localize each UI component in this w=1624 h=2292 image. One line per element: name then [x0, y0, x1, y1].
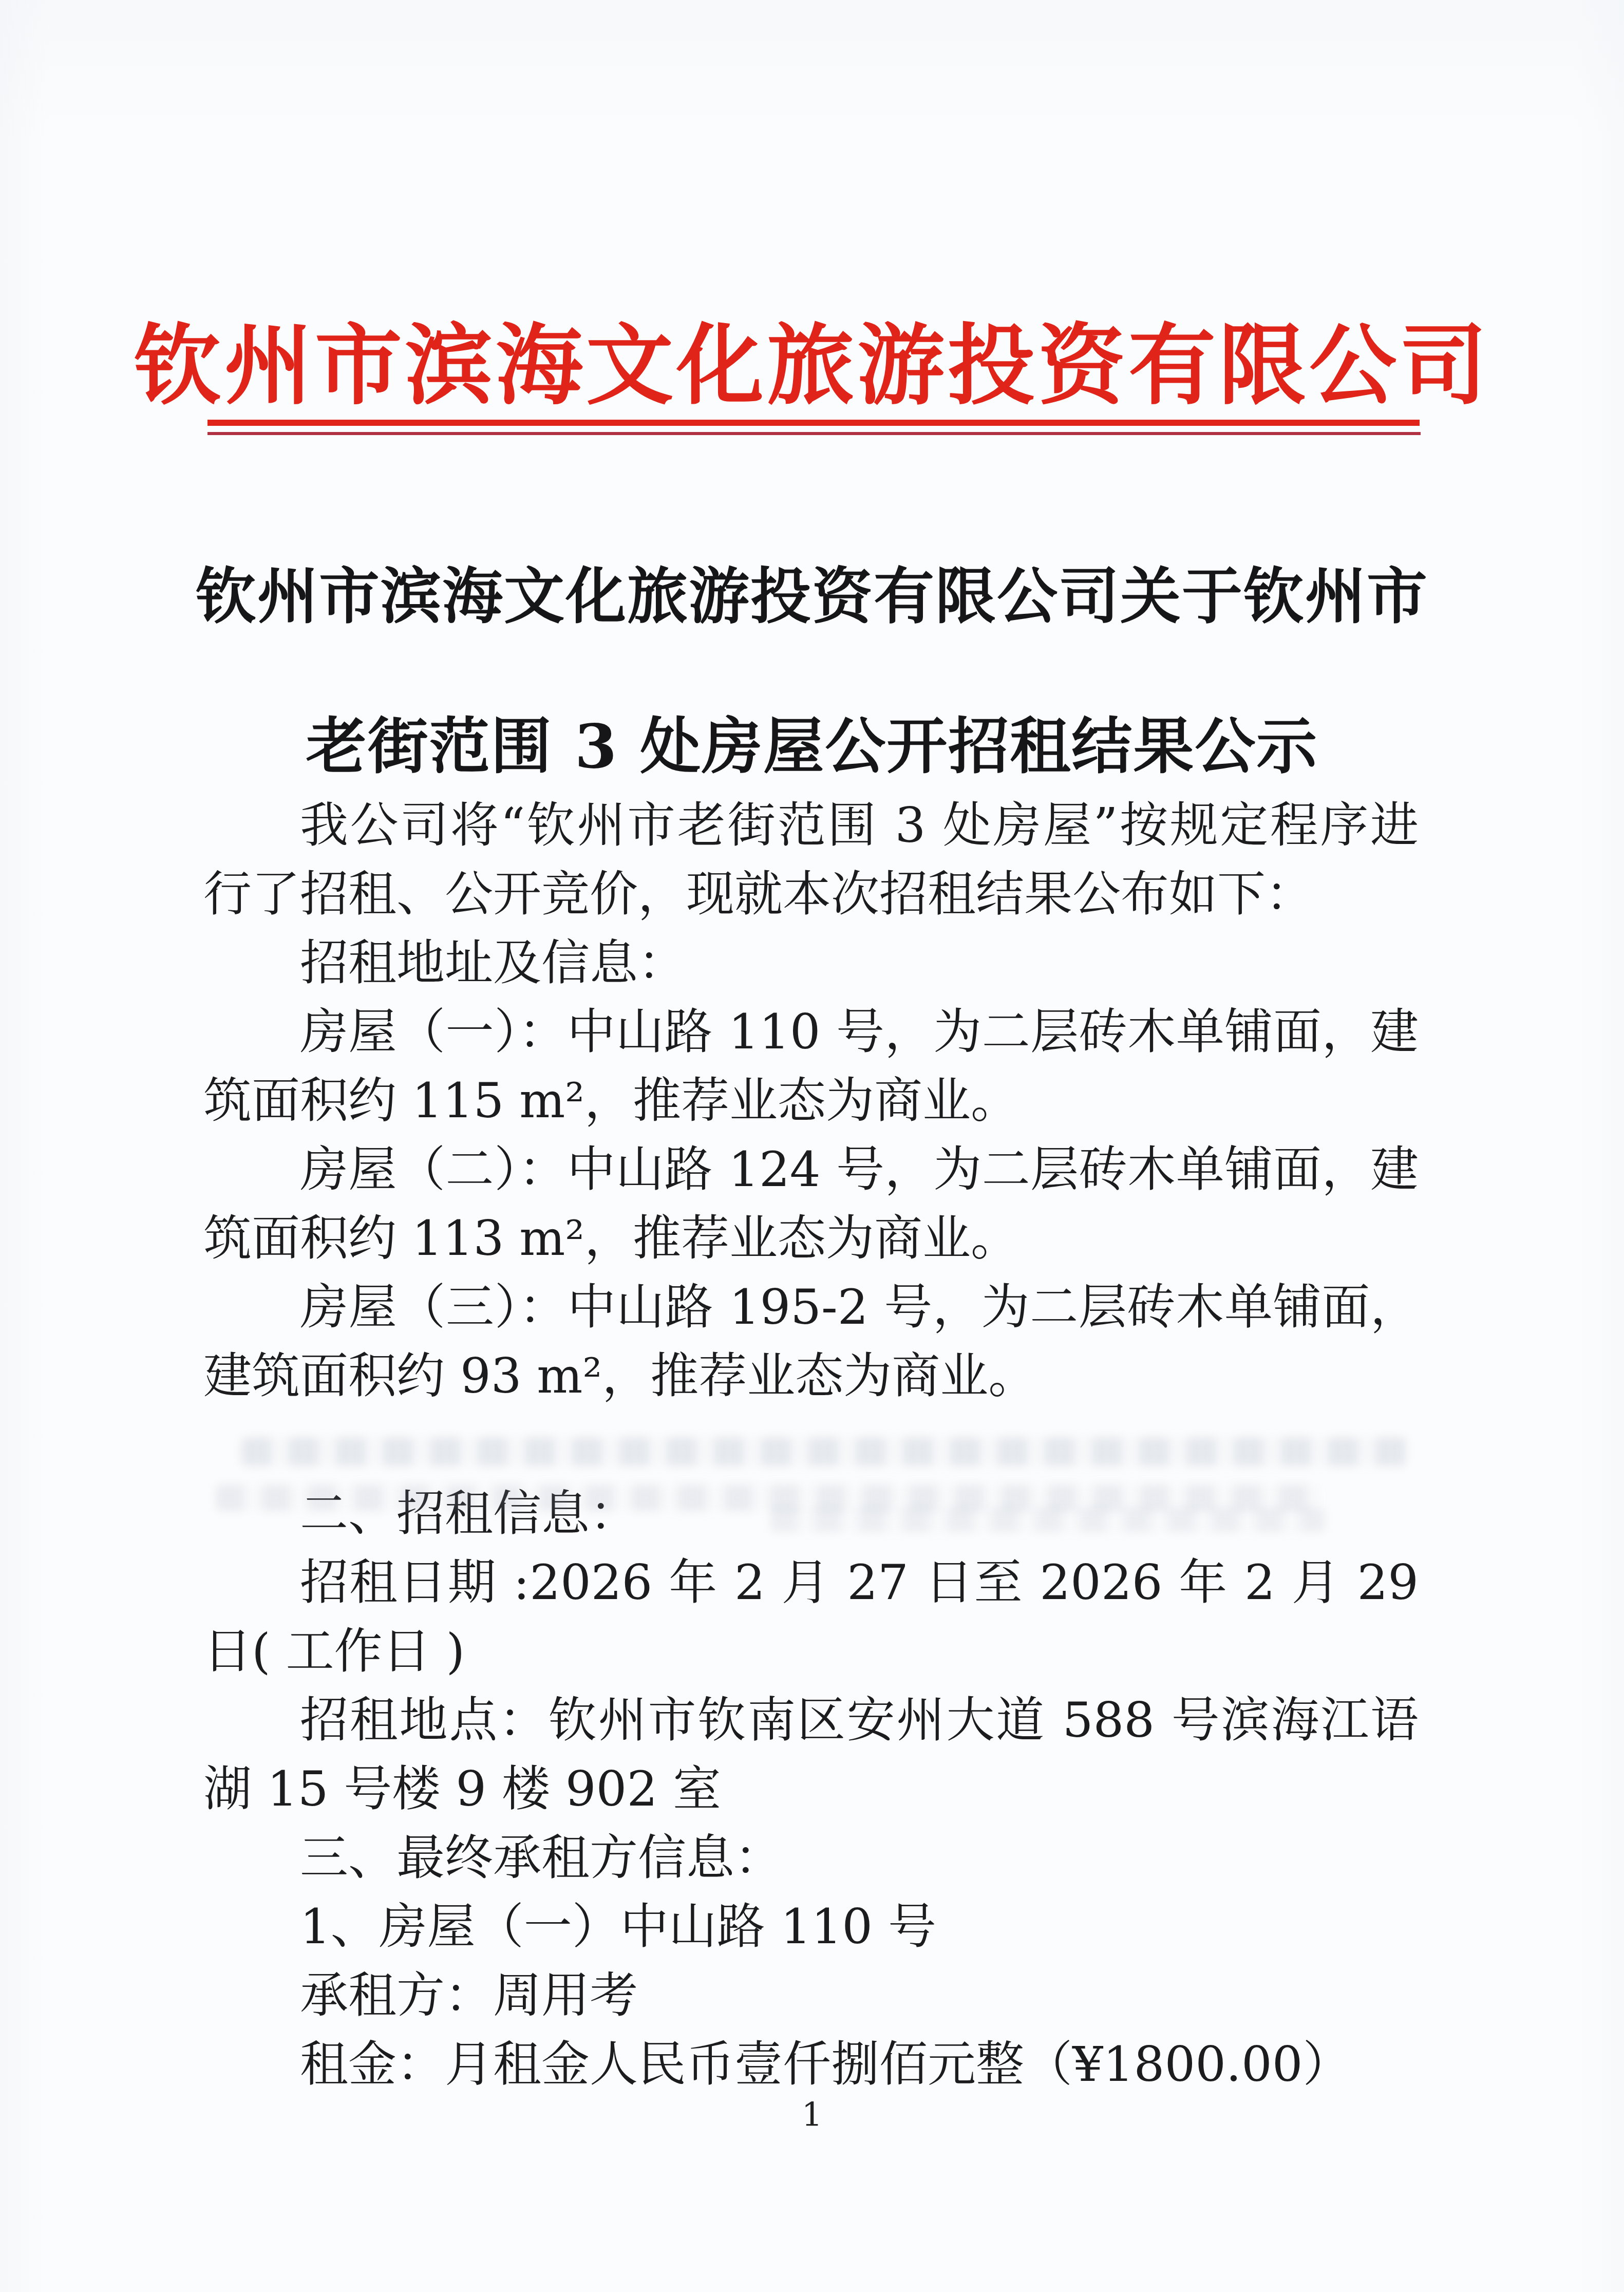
paragraph-section-three-heading: 三、最终承租方信息：	[203, 1824, 1419, 1893]
paragraph-lessee: 承租方：周用考	[203, 1962, 1419, 2031]
paragraph-rental-date: 招租日期 :2026 年 2 月 27 日至 2026 年 2 月 29 日( …	[203, 1549, 1419, 1686]
paragraph-house-two: 房屋（二）：中山路 124 号，为二层砖木单铺面，建筑面积约 113 m²，推荐…	[203, 1136, 1419, 1273]
document-title: 钦州市滨海文化旅游投资有限公司关于钦州市 老街范围 3 处房屋公开招租结果公示	[0, 521, 1624, 821]
paragraph-item-house-one: 1、房屋（一）中山路 110 号	[203, 1893, 1419, 1962]
paragraph-rental-location: 招租地点：钦州市钦南区安州大道 588 号滨海江语湖 15 号楼 9 楼 902…	[203, 1686, 1419, 1824]
paragraph-intro: 我公司将“钦州市老街范围 3 处房屋”按规定程序进行了招租、公开竞价，现就本次招…	[203, 792, 1419, 929]
scanned-notice-page: 钦州市滨海文化旅游投资有限公司 钦州市滨海文化旅游投资有限公司关于钦州市 老街范…	[0, 0, 1624, 2292]
document-body: 我公司将“钦州市老街范围 3 处房屋”按规定程序进行了招租、公开竞价，现就本次招…	[203, 792, 1419, 2099]
document-title-line-1: 钦州市滨海文化旅游投资有限公司关于钦州市	[0, 521, 1624, 671]
paragraph-house-one: 房屋（一）：中山路 110 号，为二层砖木单铺面，建筑面积约 115 m²，推荐…	[203, 998, 1419, 1136]
letterhead-rule-thick	[207, 420, 1420, 426]
paragraph-rent: 租金：月租金人民币壹仟捌佰元整（¥1800.00）	[203, 2031, 1419, 2099]
letterhead-rule-thin	[207, 432, 1421, 435]
paragraph-house-three: 房屋（三）：中山路 195-2 号，为二层砖木单铺面，建筑面积约 93 m²，推…	[203, 1273, 1419, 1411]
page-number: 1	[0, 2099, 1624, 2132]
paragraph-section-two-heading: 二、招租信息：	[203, 1480, 1419, 1549]
letterhead-company-name: 钦州市滨海文化旅游投资有限公司	[0, 323, 1624, 410]
paragraph-address-heading: 招租地址及信息：	[203, 929, 1419, 998]
